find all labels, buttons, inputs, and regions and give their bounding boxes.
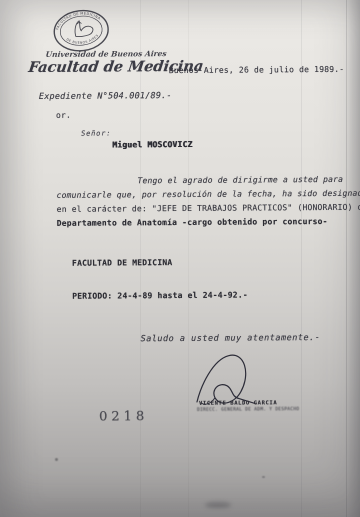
signer-title: DIRECC. GENERAL DE ADM. Y DESPACHO: [197, 407, 299, 413]
signature-stroke: [197, 355, 255, 404]
scanned-letter-photo: FACULTAD DE MEDICINA DE BUENOS AIRES Uni…: [0, 0, 360, 517]
paper-edge-line: [346, 0, 347, 517]
body-line-1: Tengo el agrado de dirigirme a usted par…: [137, 175, 343, 185]
closing-line: Saludo a usted muy atentamente.-: [141, 333, 321, 344]
paper-speck: [262, 476, 265, 478]
body-line-4: Departamento de Anatomía -cargo obtenido…: [57, 217, 328, 228]
date-line: Buenos Aires, 26 de julio de 1989.-: [169, 65, 345, 75]
seal-figure-glyph: [74, 19, 94, 37]
body-line-3-italic: en el carácter de:: [57, 204, 147, 214]
signer-name: VICENTE BALDO GARCIA: [199, 400, 277, 407]
institution-line: FACULTAD DE MEDICINA: [72, 258, 172, 268]
salutation-label: Señor:: [81, 129, 111, 137]
paper-crease: [140, 0, 141, 517]
file-number-line: Expediente N°504.001/89.-: [39, 91, 172, 102]
seal-bottom-text: DE BUENOS AIRES: [65, 33, 100, 46]
recipient-name: Miguel MOSCOVICZ: [112, 140, 192, 150]
body-line-3-bold: "JEFE DE TRABAJOS PRACTICOS" (HONORARIO)…: [152, 203, 360, 214]
body-line-2: comunicarle que, por resolución de la fe…: [57, 189, 360, 200]
period-line: PERIODO: 24-4-89 hasta el 24-4-92.-: [72, 291, 248, 301]
paper-crease: [301, 0, 302, 517]
letter-page: FACULTAD DE MEDICINA DE BUENOS AIRES Uni…: [0, 0, 360, 517]
svg-text:DE BUENOS AIRES: DE BUENOS AIRES: [65, 33, 100, 46]
paper-speck: [55, 458, 58, 461]
ink-smudge: [205, 502, 231, 508]
paper-right-edge-shadow: [346, 0, 360, 517]
paper-crease: [188, 0, 189, 517]
body-line-3: en el carácter de: "JEFE DE TRABAJOS PRA…: [57, 203, 360, 214]
salutation-prefix: or.: [56, 111, 71, 120]
